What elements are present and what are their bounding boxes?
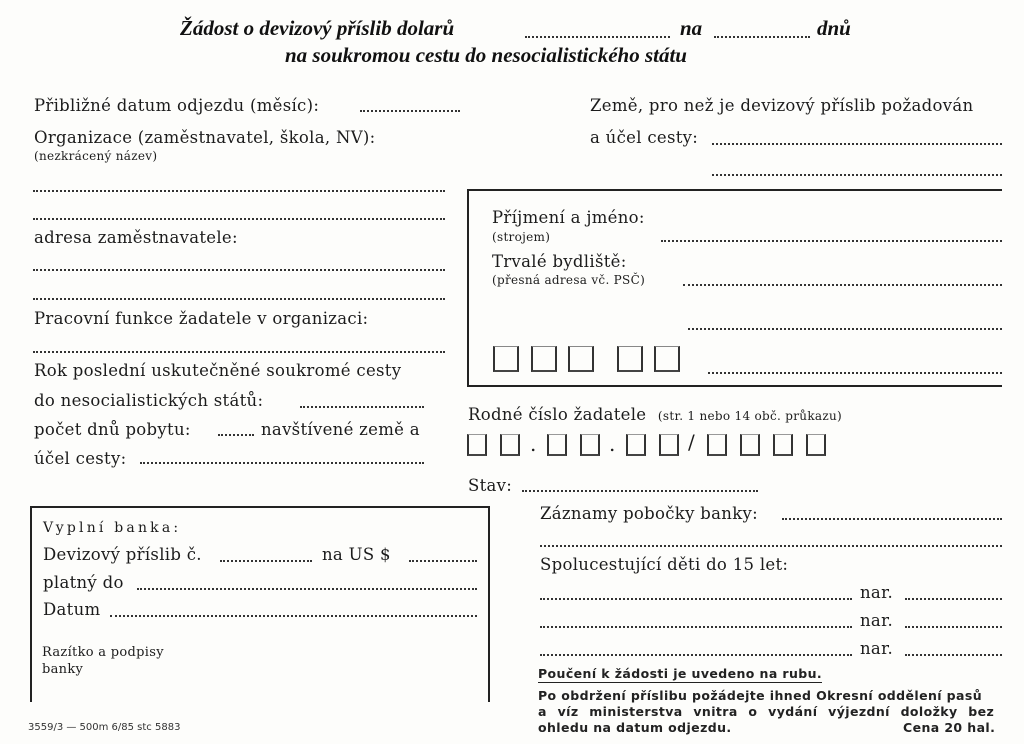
valid-until-label: platný do	[43, 573, 124, 592]
full-name-field[interactable]	[661, 240, 1002, 242]
birth-number-box-10[interactable]	[806, 434, 826, 456]
marital-status-field[interactable]	[522, 490, 758, 492]
child-born-label-1: nar.	[860, 583, 893, 602]
destination-purpose-label: a účel cesty:	[590, 128, 698, 147]
birth-number-dot-2: .	[609, 432, 615, 456]
bank-box-right-border	[488, 506, 490, 702]
valid-until-field[interactable]	[137, 588, 477, 590]
birth-number-label-text: Rodné číslo žadatele	[468, 405, 646, 424]
residence-field-line2[interactable]	[688, 328, 1002, 330]
stamp-label-line2: banky	[42, 662, 83, 677]
last-trip-year-field[interactable]	[300, 406, 424, 408]
child-name-field-3[interactable]	[540, 654, 852, 656]
children-label: Spolucestující děti do 15 let:	[540, 555, 788, 574]
bank-box-left-border	[30, 506, 32, 702]
dollar-amount-field[interactable]	[525, 36, 670, 38]
organization-label: Organizace (zaměstnavatel, škola, NV):	[34, 128, 376, 147]
full-name-note: (strojem)	[492, 230, 550, 244]
destination-field-line2[interactable]	[712, 174, 1002, 176]
usd-amount-field[interactable]	[409, 560, 477, 562]
branch-records-field-line2[interactable]	[540, 545, 1002, 547]
bank-box-header: Vyplní banka:	[43, 520, 181, 536]
price-label: Cena 20 hal.	[903, 720, 995, 735]
last-trip-label-line2: do nesocialistických států:	[34, 391, 263, 410]
city-field[interactable]	[708, 372, 1002, 374]
after-approval-line3: ohledu na datum odjezdu.	[538, 720, 732, 735]
birth-number-box-2[interactable]	[500, 434, 520, 456]
postal-code-box-2[interactable]	[531, 346, 557, 372]
residence-label: Trvalé bydliště:	[492, 252, 627, 271]
birth-number-dot-1: .	[530, 432, 536, 456]
child-born-field-3[interactable]	[905, 654, 1002, 656]
child-born-field-1[interactable]	[905, 598, 1002, 600]
destination-country-label: Země, pro než je devizový příslib požado…	[590, 96, 973, 115]
postal-code-box-4[interactable]	[617, 346, 643, 372]
child-born-label-3: nar.	[860, 639, 893, 658]
bank-box-top-border	[30, 506, 490, 508]
promise-number-field[interactable]	[220, 560, 312, 562]
postal-code-box-3[interactable]	[568, 346, 594, 372]
child-born-field-2[interactable]	[905, 626, 1002, 628]
destination-field-line1[interactable]	[712, 143, 1002, 145]
birth-number-box-9[interactable]	[773, 434, 793, 456]
birth-number-box-4[interactable]	[580, 434, 600, 456]
after-approval-line1: Po obdržení příslibu požádejte ihned Okr…	[538, 688, 982, 703]
organization-field-line2[interactable]	[33, 218, 445, 220]
postal-code-box-5[interactable]	[654, 346, 680, 372]
title-part3: dnů	[817, 16, 851, 41]
marital-status-label: Stav:	[468, 476, 512, 495]
form-title-line1: Žádost o devizový příslib dolarů	[180, 16, 454, 41]
birth-number-note: (str. 1 nebo 14 obč. průkazu)	[658, 409, 842, 423]
organization-field-line1[interactable]	[33, 190, 445, 192]
usd-amount-label: na US $	[322, 545, 391, 564]
birth-number-box-1[interactable]	[467, 434, 487, 456]
birth-number-slash: /	[688, 430, 695, 454]
full-name-label: Příjmení a jméno:	[492, 208, 645, 227]
stamp-label-line1: Razítko a podpisy	[42, 645, 164, 660]
residence-field-line1[interactable]	[683, 284, 1002, 286]
employer-address-label: adresa zaměstnavatele:	[34, 228, 238, 247]
days-of-stay-field[interactable]	[218, 434, 254, 436]
employer-address-field-line1[interactable]	[33, 269, 445, 271]
visited-countries-label: navštívené země a	[261, 420, 420, 439]
child-name-field-1[interactable]	[540, 598, 852, 600]
birth-number-label: Rodné číslo žadatele (str. 1 nebo 14 obč…	[468, 405, 842, 424]
box-top-border	[467, 189, 1002, 191]
instructions-note: Poučení k žádosti je uvedeno na rubu.	[538, 666, 822, 683]
after-approval-line2: a víz ministerstva vnitra o vydání výjez…	[538, 704, 994, 719]
job-position-field[interactable]	[33, 351, 445, 353]
last-trip-label-line1: Rok poslední uskutečněné soukromé cesty	[34, 361, 401, 380]
birth-number-box-5[interactable]	[626, 434, 646, 456]
days-count-field[interactable]	[714, 36, 810, 38]
departure-date-field[interactable]	[360, 110, 460, 112]
trip-purpose-field[interactable]	[140, 462, 424, 464]
postal-code-box-1[interactable]	[493, 346, 519, 372]
branch-records-label: Záznamy pobočky banky:	[540, 504, 758, 523]
residence-note: (přesná adresa vč. PSČ)	[492, 273, 645, 287]
trip-purpose-label: účel cesty:	[34, 449, 126, 468]
bank-date-label: Datum	[43, 600, 100, 619]
promise-number-label: Devizový příslib č.	[43, 545, 202, 564]
box-bottom-border	[467, 385, 1002, 387]
title-part1: Žádost o devizový příslib dolarů	[180, 16, 454, 40]
departure-date-label: Přibližné datum odjezdu (měsíc):	[34, 96, 319, 115]
child-name-field-2[interactable]	[540, 626, 852, 628]
job-position-label: Pracovní funkce žadatele v organizaci:	[34, 309, 368, 328]
form-print-code: 3559/3 — 500m 6/85 stc 5883	[28, 722, 180, 733]
birth-number-box-3[interactable]	[547, 434, 567, 456]
branch-records-field-line1[interactable]	[782, 518, 1002, 520]
bank-date-field[interactable]	[110, 615, 477, 617]
days-of-stay-label: počet dnů pobytu:	[34, 420, 191, 439]
birth-number-box-7[interactable]	[707, 434, 727, 456]
organization-note: (nezkrácený název)	[34, 149, 157, 163]
form-title-line2: na soukromou cestu do nesocialistického …	[285, 43, 687, 68]
birth-number-box-8[interactable]	[740, 434, 760, 456]
title-part2: na	[680, 16, 702, 41]
employer-address-field-line2[interactable]	[33, 298, 445, 300]
box-left-border	[467, 189, 469, 387]
child-born-label-2: nar.	[860, 611, 893, 630]
birth-number-box-6[interactable]	[659, 434, 679, 456]
